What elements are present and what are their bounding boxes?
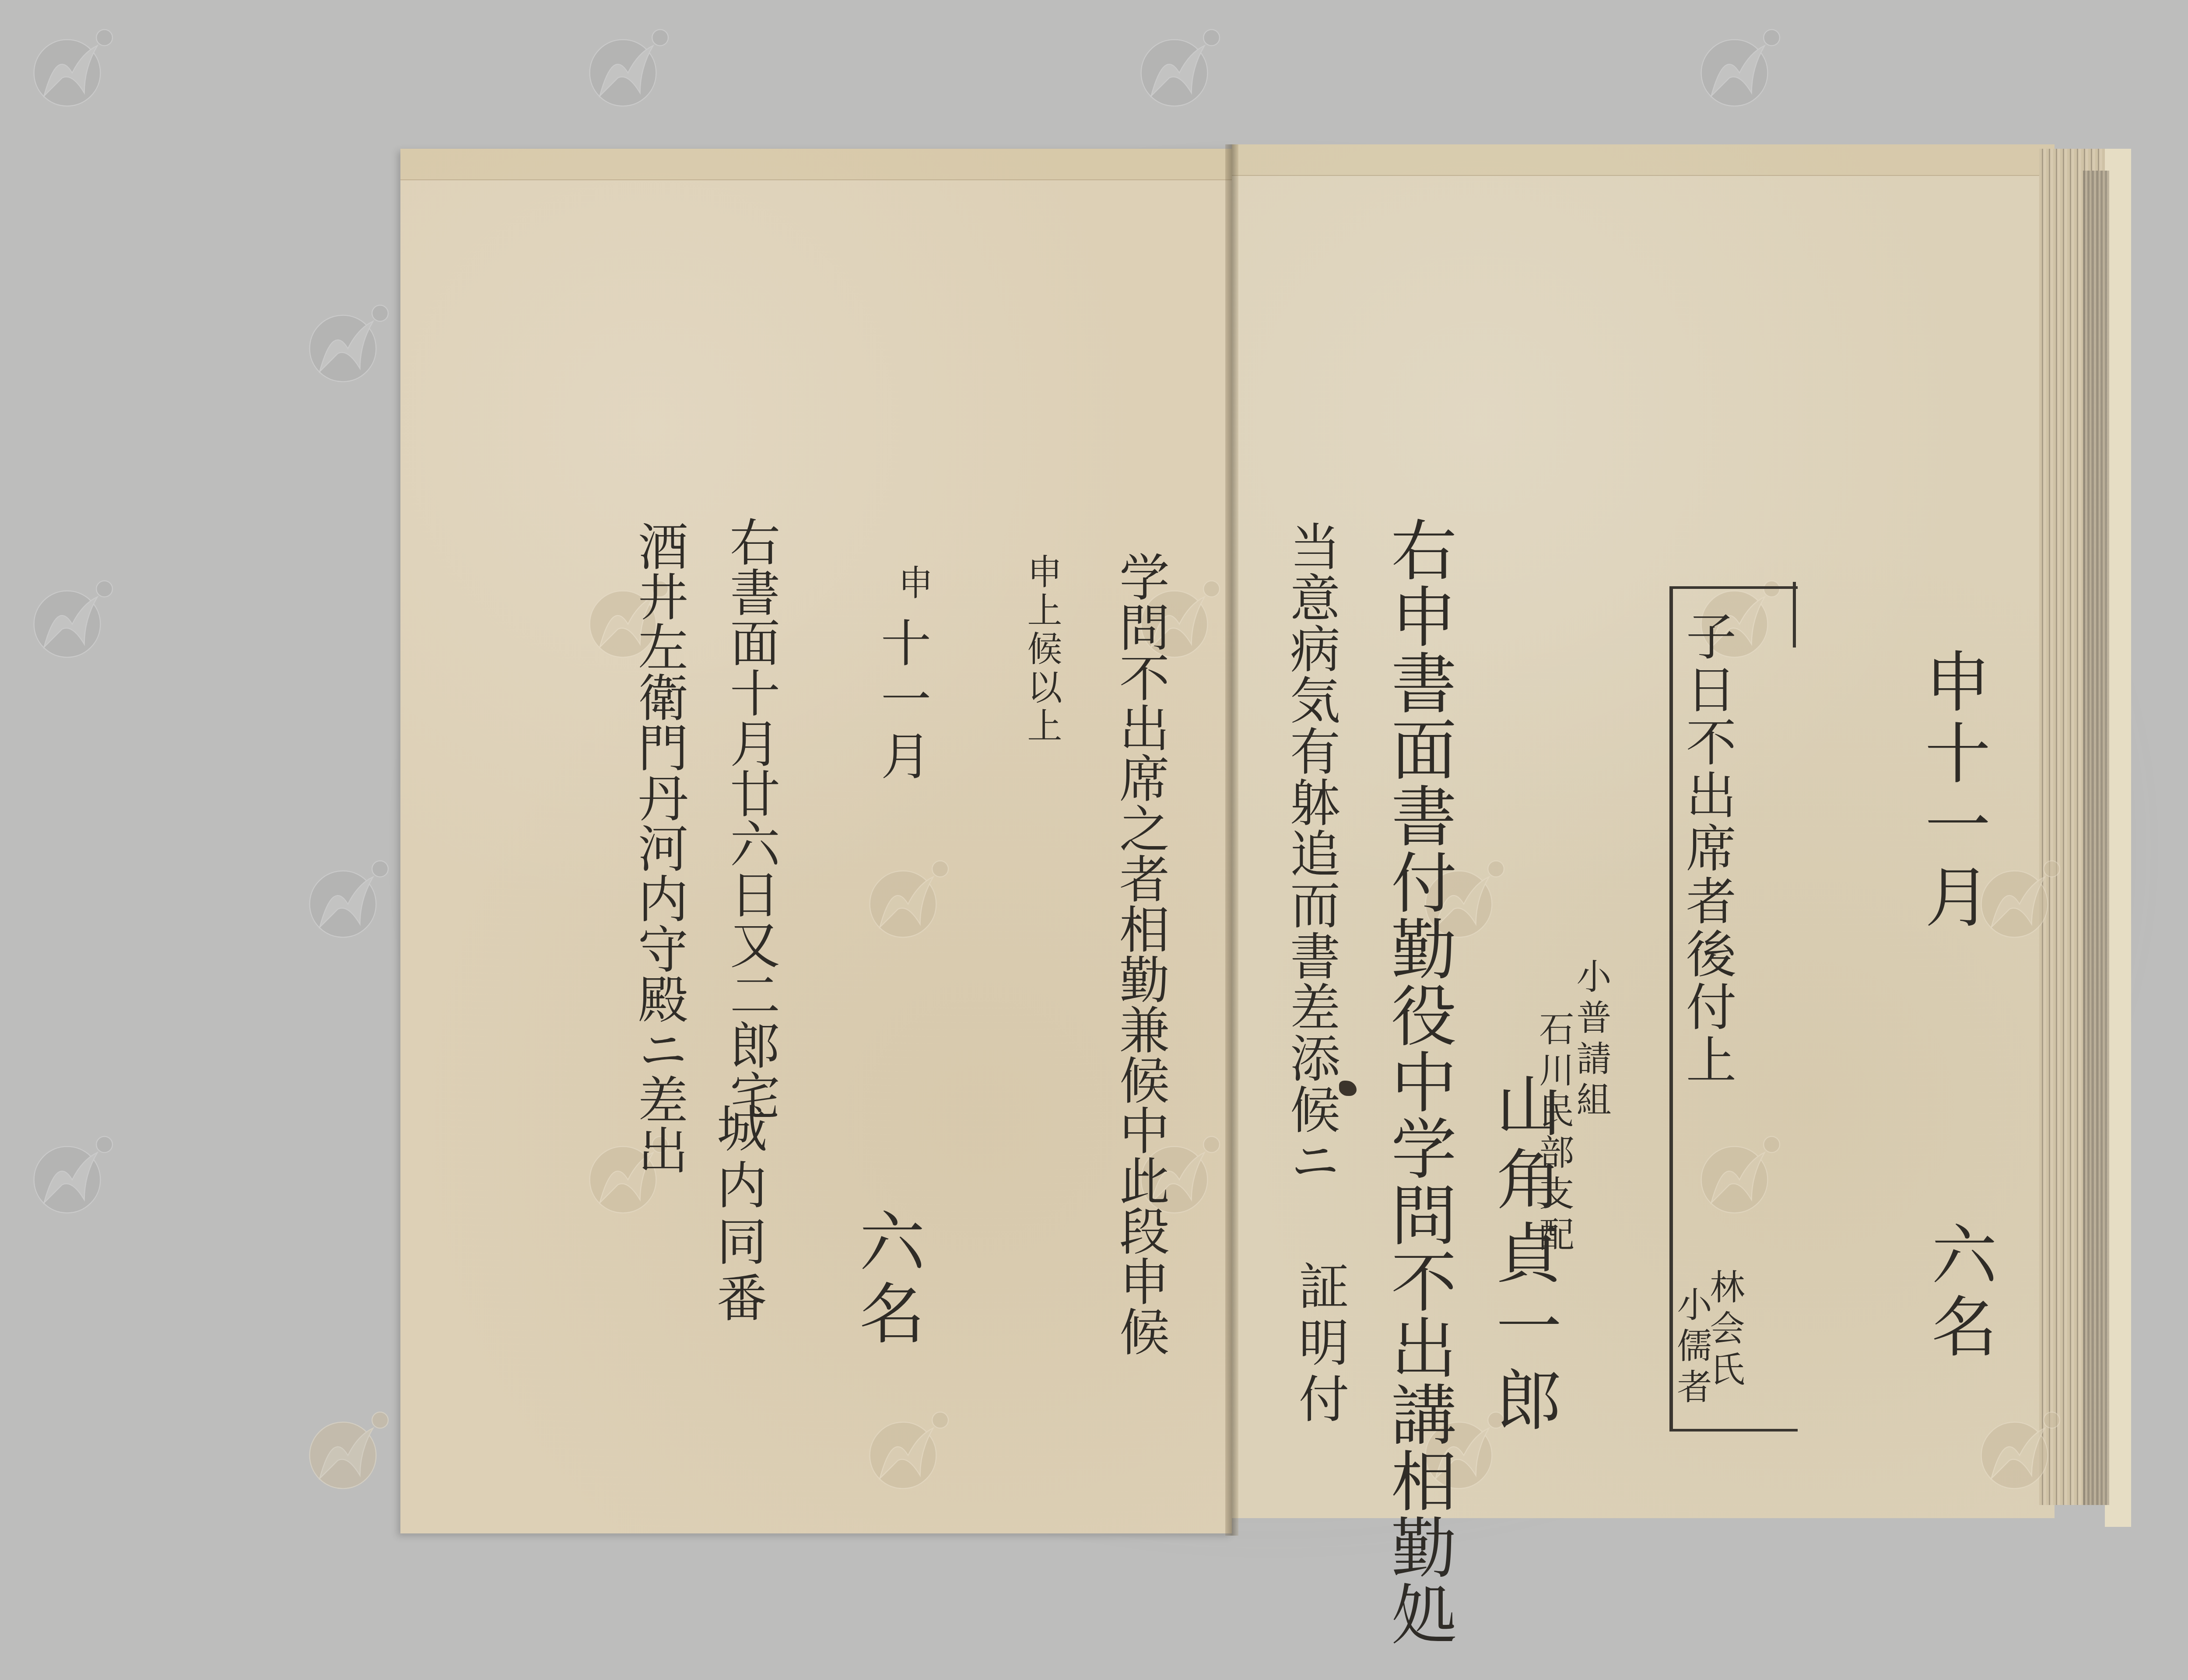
right-page-affiliation-2: 石川民部支配 — [1534, 1011, 1573, 1257]
watermark-logo-icon — [22, 17, 123, 118]
left-page-signature: 六名 — [849, 1207, 923, 1351]
right-page-line-3: 当意病気有躰追而書差添候ニ — [1282, 521, 1339, 1186]
heading-bracket-tick — [1793, 582, 1796, 647]
left-page-line-1: 学問不出席之者相勤兼候中此段申候 — [1112, 551, 1168, 1356]
watermark-logo-icon — [22, 1124, 123, 1225]
left-page-date-month: 十一月 — [873, 617, 930, 786]
left-page-line-5: 酒井左衛門丹河内守殿ニ差出 — [630, 521, 687, 1175]
left-page — [400, 149, 1232, 1533]
watermark-logo-icon — [578, 17, 678, 118]
watermark-logo-icon — [22, 569, 123, 669]
book-spine-gutter — [1225, 144, 1238, 1536]
watermark-logo-icon — [1129, 17, 1230, 118]
right-page-signature: 六名 — [1921, 1221, 1995, 1364]
left-page-line-4: 城内同番 — [709, 1102, 766, 1328]
watermark-logo-icon — [1689, 17, 1790, 118]
boxed-heading-title: 子日不出席者後付上 — [1678, 610, 1735, 1087]
right-page-line-4: 証明付 — [1291, 1260, 1348, 1429]
page-stack-shadow — [2083, 171, 2109, 1505]
left-page-line-3: 右書面十月廿六日又二郎宅 — [722, 516, 779, 1120]
right-page-date: 申十一月 — [1914, 647, 1989, 934]
left-page-date-year: 申 — [893, 564, 932, 605]
left-page-line-2: 申上候以上 — [1022, 553, 1061, 746]
boxed-heading-note-2: 小儒者 — [1672, 1286, 1711, 1410]
right-page-main-line: 右申書面書付勤役中学問不出講相勤処 — [1381, 516, 1455, 1647]
right-page-affiliation-1: 小普請組 — [1571, 958, 1610, 1123]
